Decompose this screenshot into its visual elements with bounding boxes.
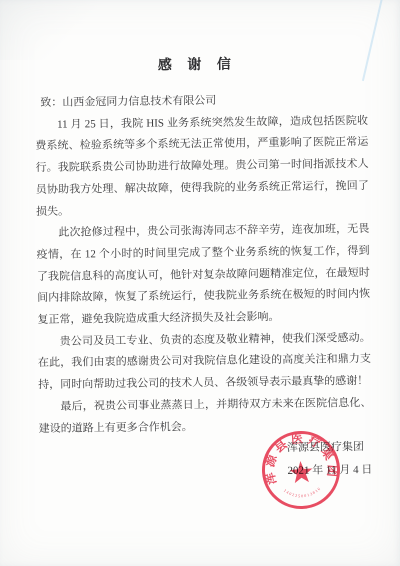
paragraph: 贵公司及员工专业、负责的态度及敬业精神，使我们深受感动。在此，我们由衷的感谢贵公… <box>38 328 372 397</box>
letter-body: 致：山西金冠同力信息技术有限公司 11 月 25 日，我院 HIS 业务系统突然… <box>0 89 400 441</box>
seal-code-text: 1402250013816 <box>283 485 323 499</box>
paragraph: 此次抢修过程中，贵公司张海涛同志不辞辛劳，连夜加班，无畏疫情，在 12 个小时的… <box>36 219 370 332</box>
scanned-letter-page: 感 谢 信 致：山西金冠同力信息技术有限公司 11 月 25 日，我院 HIS … <box>0 0 400 566</box>
official-seal-stamp: 浑源县医疗集团 1402250013816 <box>256 424 346 516</box>
paragraph: 11 月 25 日，我院 HIS 业务系统突然发生故障，造成包括医院收费系统、检… <box>35 111 369 224</box>
seal-star-icon <box>289 460 313 483</box>
letter-title: 感 谢 信 <box>0 52 397 77</box>
